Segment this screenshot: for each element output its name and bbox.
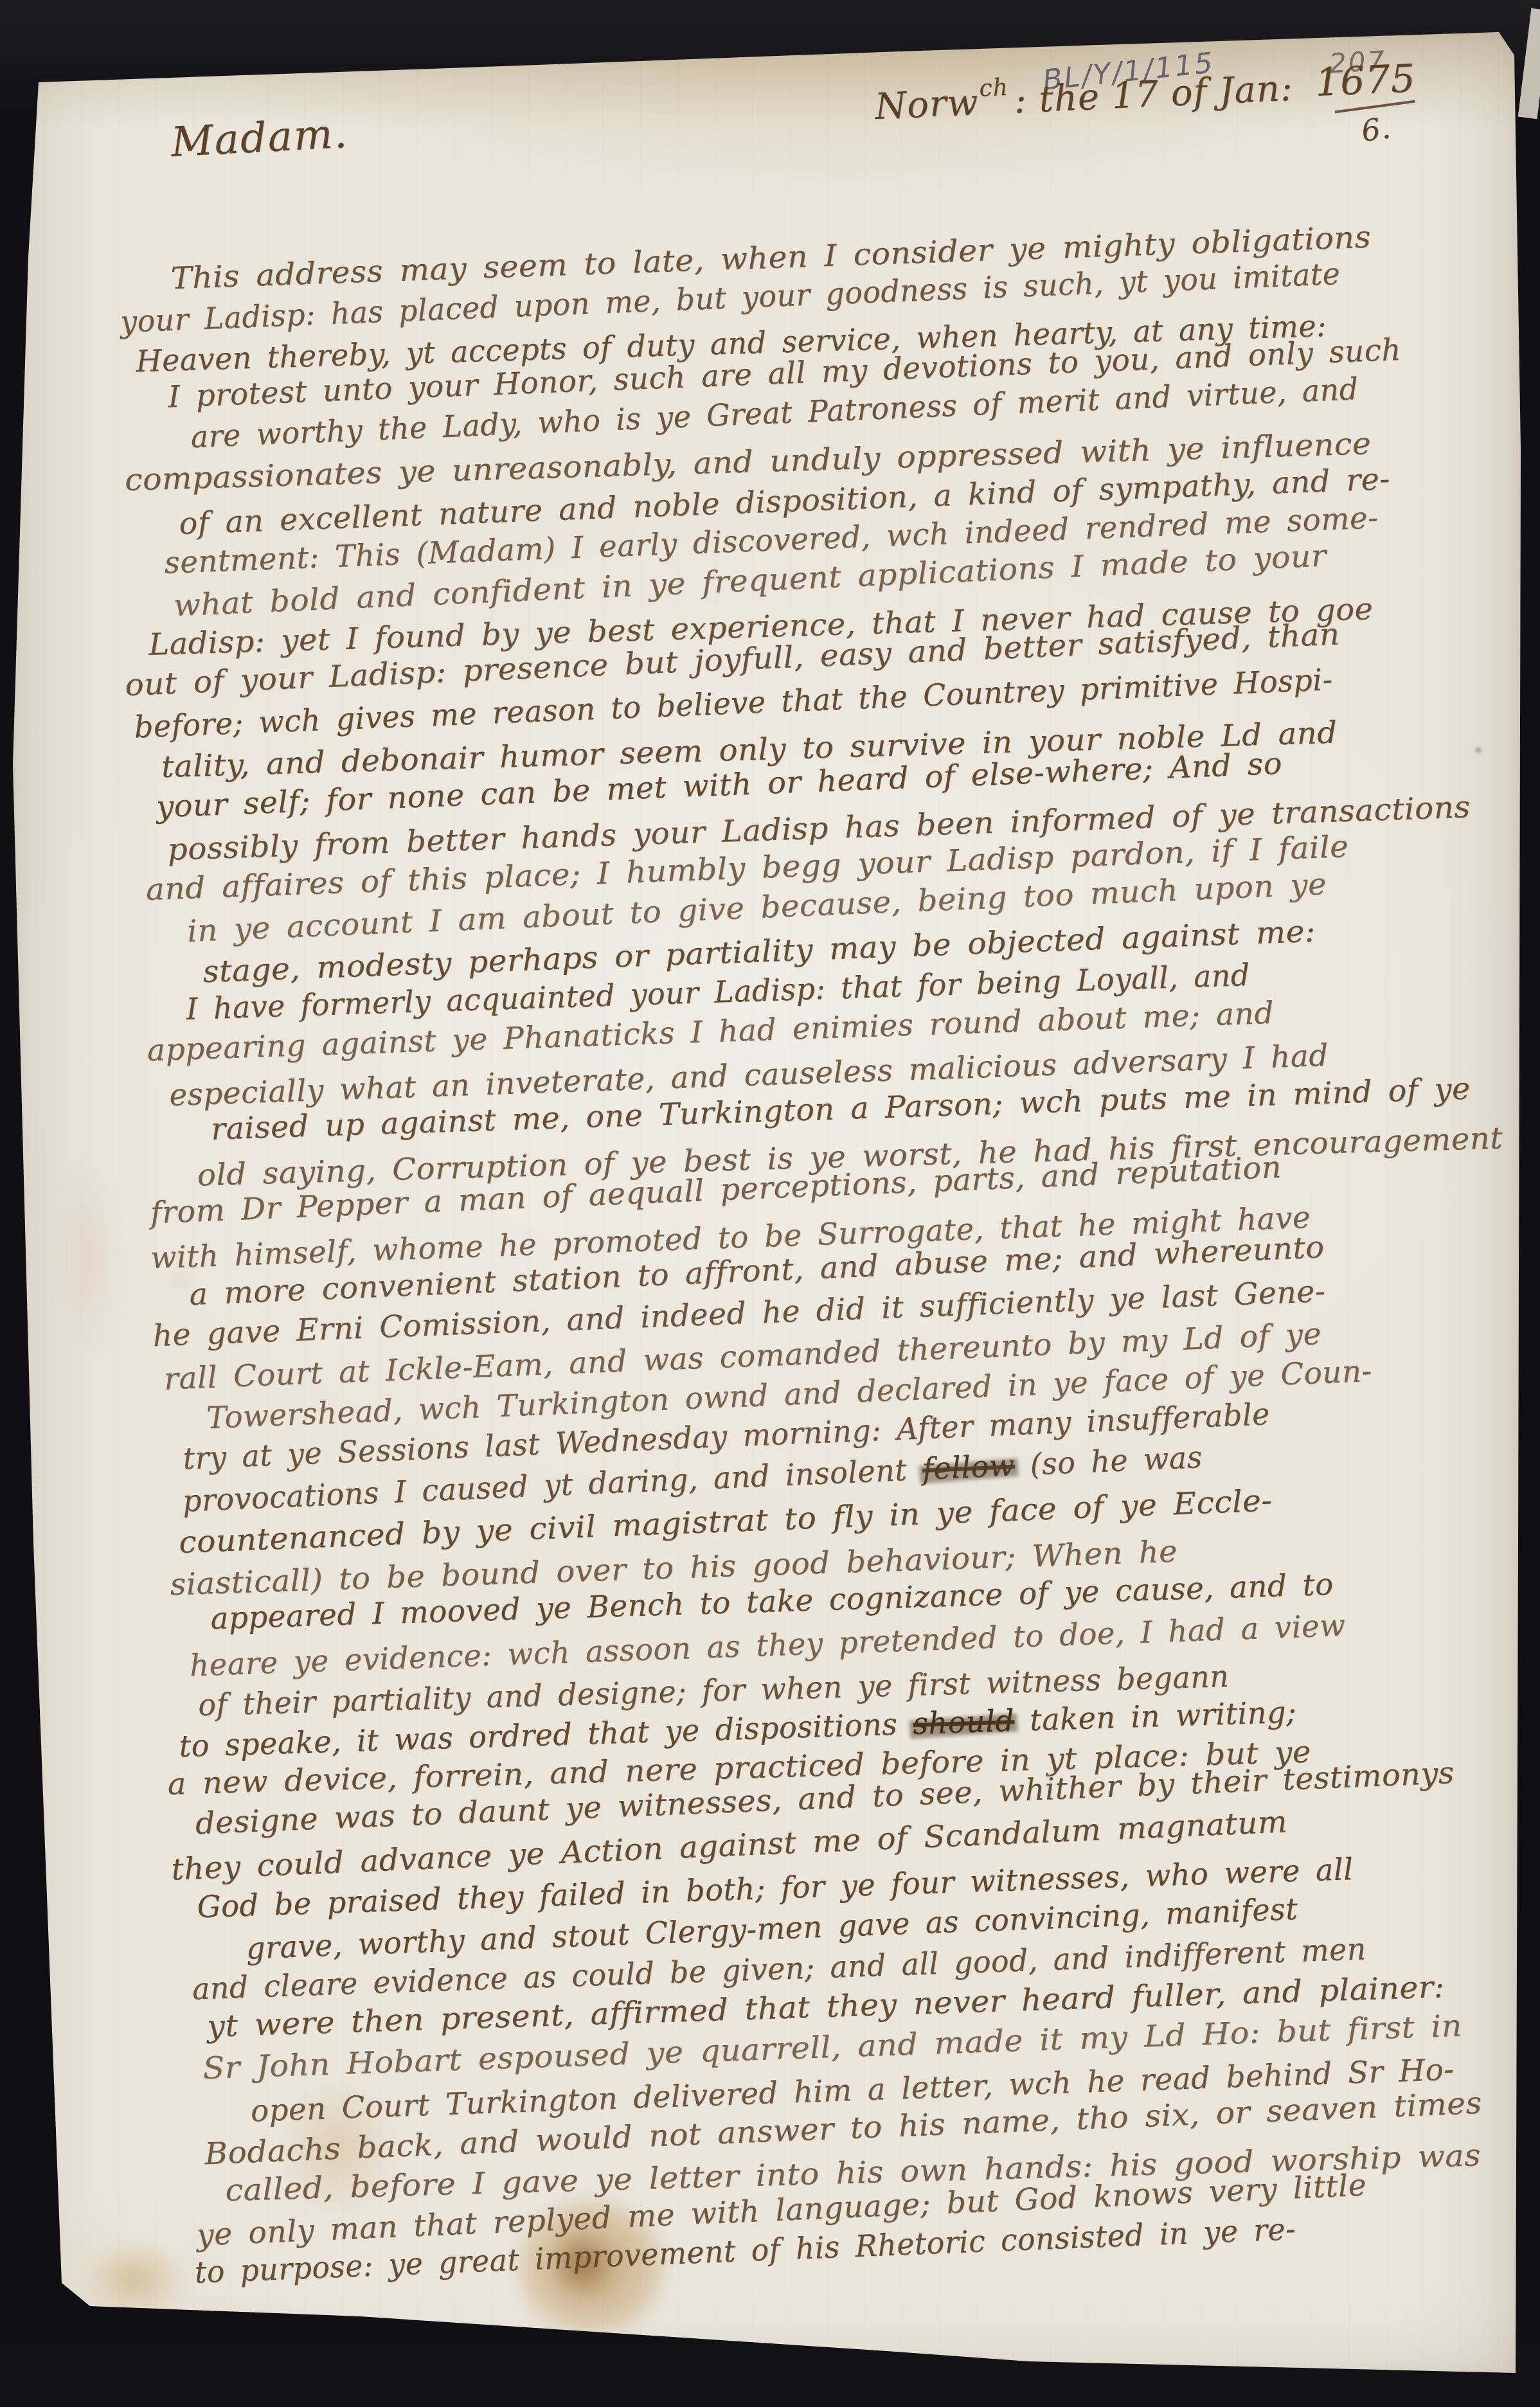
year-old-style: 1675	[1314, 56, 1417, 105]
salutation: Madam.	[170, 110, 349, 166]
crossed-out-word: fellow	[921, 1448, 1015, 1487]
letter-body: This address may seem to late, when I co…	[103, 214, 1540, 2345]
adjacent-page-edge	[1518, 8, 1540, 119]
dateline-place-superscript: ch	[979, 75, 1009, 102]
dateline: Norwch: the 17 of Jan: 1675 6.	[873, 56, 1419, 169]
photo-background: BL/Y/1/115 207 Madam. Norwch: the 17 of …	[0, 0, 1540, 2407]
stain-left-edge	[45, 1120, 129, 1396]
dateline-place: Norw	[874, 82, 980, 128]
year-new-style: 6.	[1334, 100, 1420, 152]
dateline-date: : the 17 of Jan:	[1013, 67, 1294, 122]
crossed-out-word: should	[913, 1703, 1016, 1742]
year-fraction: 1675 6.	[1314, 56, 1419, 149]
manuscript-page: BL/Y/1/115 207 Madam. Norwch: the 17 of …	[6, 27, 1526, 2383]
